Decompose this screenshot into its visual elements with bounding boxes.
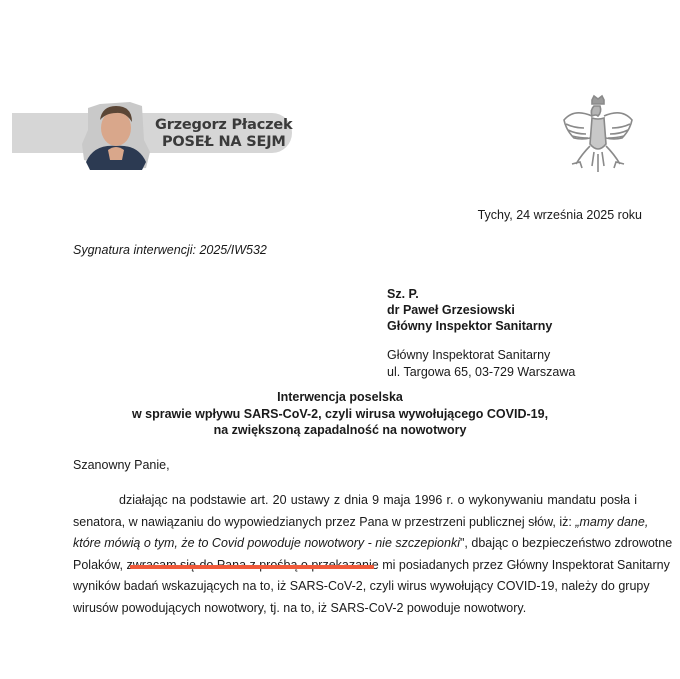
- letter-title-line2: w sprawie wpływu SARS-CoV-2, czyli wirus…: [0, 407, 680, 421]
- mp-role: POSEŁ NA SEJM: [162, 134, 286, 150]
- body-line: wyników badań wskazujących na to, iż SAR…: [73, 576, 637, 598]
- recipient-name: dr Paweł Grzesiowski: [387, 303, 515, 317]
- place-date: Tychy, 24 września 2025 roku: [478, 209, 642, 222]
- mp-name: Grzegorz Płaczek: [155, 117, 292, 133]
- portrait-icon: [80, 100, 150, 170]
- highlight-underline: [130, 565, 374, 569]
- letter-body: działając na podstawie art. 20 ustawy z …: [73, 490, 637, 619]
- body-line: które mówią o tym, że to Covid powoduje …: [73, 533, 637, 555]
- body-text: wyników badań wskazujących na to, iż SAR…: [73, 579, 650, 593]
- letter-title-line1: Interwencja poselska: [0, 390, 680, 404]
- body-line: wirusów powodujących nowotwory, tj. na t…: [73, 598, 637, 620]
- body-text: ", dbając o bezpieczeństwo zdrowotne: [460, 536, 672, 550]
- body-text: posiadanych przez Główny Inspektorat San…: [395, 558, 669, 572]
- body-text: działając na podstawie art. 20 ustawy z …: [119, 493, 637, 507]
- body-line: senatora, w nawiązaniu do wypowiedzianyc…: [73, 512, 637, 534]
- body-line: działając na podstawie art. 20 ustawy z …: [73, 490, 637, 512]
- quote-text: „mamy dane,: [575, 515, 648, 529]
- greeting: Szanowny Panie,: [73, 459, 170, 472]
- eagle-emblem-icon: [560, 94, 636, 180]
- body-text: senatora, w nawiązaniu do wypowiedzianyc…: [73, 515, 575, 529]
- recipient-position: Główny Inspektor Sanitarny: [387, 319, 552, 333]
- body-text: wirusów powodujących nowotwory, tj. na t…: [73, 601, 526, 615]
- recipient-institution: Główny Inspektorat Sanitarny: [387, 348, 550, 362]
- quote-text: które mówią o tym, że to Covid powoduje …: [73, 536, 460, 550]
- body-text: Polaków,: [73, 558, 127, 572]
- recipient-address: ul. Targowa 65, 03-729 Warszawa: [387, 365, 575, 379]
- letter-title-line3: na zwiększoną zapadalność na nowotwory: [0, 423, 680, 437]
- intervention-signature: Sygnatura interwencji: 2025/IW532: [73, 244, 267, 257]
- recipient-salutation: Sz. P.: [387, 287, 419, 301]
